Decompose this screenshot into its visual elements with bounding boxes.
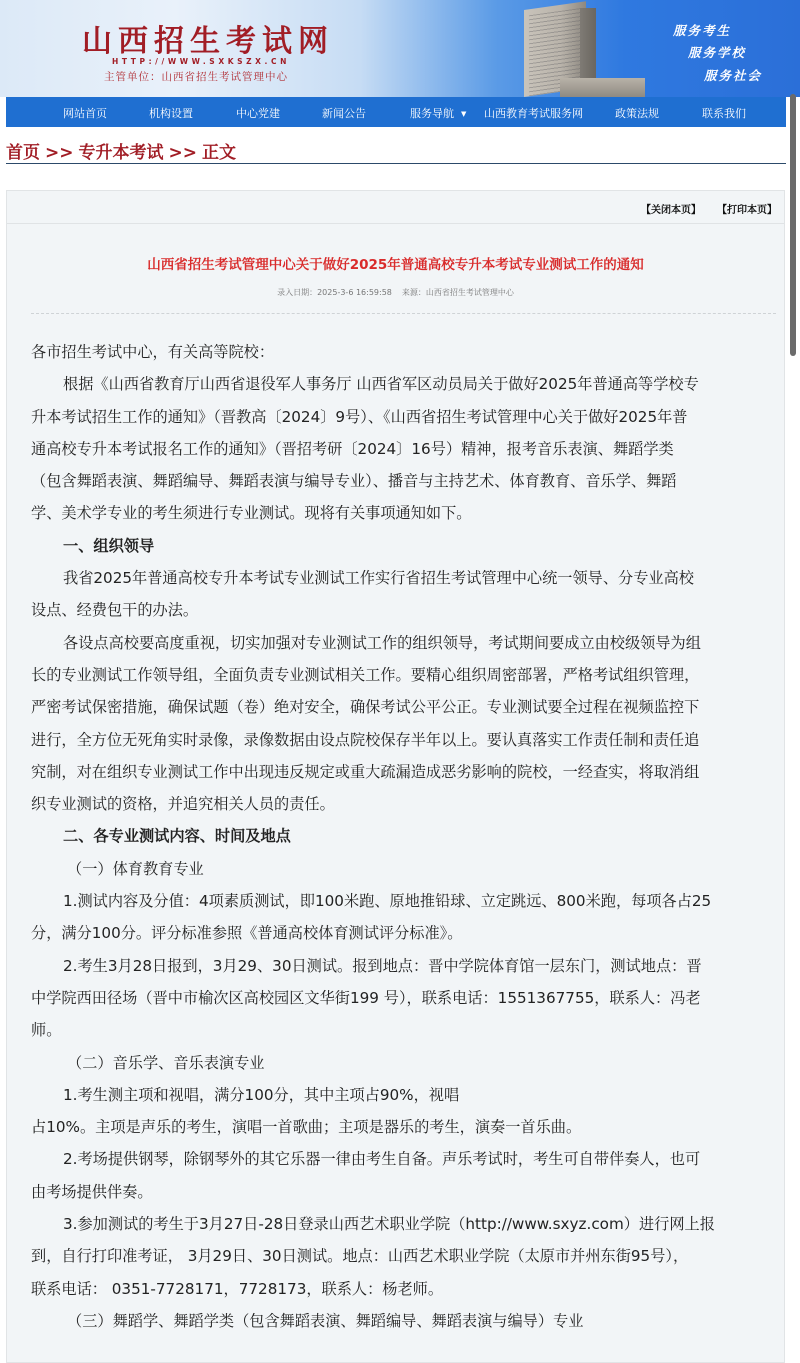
breadcrumb-category[interactable]: 专升本考试 [79, 143, 164, 163]
paragraph-line: 学、美术学专业的考生须进行专业测试。现将有关事项通知如下。 [31, 497, 776, 529]
paragraph-line: 师。 [31, 1014, 776, 1046]
site-banner: 山西招生考试网 HTTP://WWW.SXKSZX.CN 主管单位：山西省招生考… [0, 0, 800, 97]
nav-home[interactable]: 网站首页 [63, 105, 107, 121]
paragraph-line: 我省2025年普通高校专升本考试专业测试工作实行省招生考试管理中心统一领导、分专… [31, 562, 776, 594]
paragraph-line: 联系电话： 0351-7728171，7728173，联系人：杨老师。 [31, 1273, 776, 1305]
paragraph-line: 根据《山西省教育厅山西省退役军人事务厅 山西省军区动员局关于做好2025年普通高… [31, 368, 776, 400]
nav-label: 中心党建 [236, 107, 280, 120]
nav-label: 机构设置 [149, 107, 193, 120]
building-image [520, 6, 645, 97]
breadcrumb-separator: >> [45, 143, 74, 163]
breadcrumb-current: 正文 [202, 143, 236, 163]
scrollbar-thumb[interactable] [790, 94, 796, 356]
paragraph-line: 通高校专升本考试报名工作的通知》（晋招考研〔2024〕16号）精神，报考音乐表演… [31, 433, 776, 465]
breadcrumb: 首页>>专升本考试>>正文 [6, 138, 786, 164]
entry-date: 录入日期：2025-3-6 16:59:58 [277, 288, 392, 297]
site-title[interactable]: 山西招生考试网 [82, 16, 334, 60]
breadcrumb-home[interactable]: 首页 [6, 143, 40, 163]
breadcrumb-separator: >> [169, 143, 198, 163]
paragraph-line: 分，满分100分。评分标准参照《普通高校体育测试评分标准》。 [31, 917, 776, 949]
paragraph-line: 中学院西田径场（晋中市榆次区高校园区文华街199 号），联系电话：1551367… [31, 982, 776, 1014]
subsection-heading: （二）音乐学、音乐表演专业 [31, 1047, 776, 1079]
paragraph-line: （包含舞蹈表演、舞蹈编导、舞蹈表演与编导专业）、播音与主持艺术、体育教育、音乐学… [31, 465, 776, 497]
main-nav: 网站首页 机构设置 中心党建 新闻公告 服务导航▼ 山西教育考试服务网 政策法规… [6, 97, 786, 127]
section-heading: 二、各专业测试内容、时间及地点 [31, 820, 776, 852]
paragraph-line: 织专业测试的资格，并追究相关人员的责任。 [31, 788, 776, 820]
slogan-serve-society: 服务社会 [704, 66, 762, 84]
article-toolbar: 【关闭本页】 【打印本页】 [7, 191, 784, 224]
paragraph-line: 由考场提供伴奏。 [31, 1176, 776, 1208]
paragraph-line: 2.考场提供钢琴，除钢琴外的其它乐器一律由考生自备。声乐考试时，考生可自带伴奏人… [31, 1143, 776, 1175]
paragraph-line: 严密考试保密措施，确保试题（卷）绝对安全，确保考试公平公正。专业测试要全过程在视… [31, 691, 776, 723]
paragraph-line: 1.考生测主项和视唱，满分100分，其中主项占90%，视唱 [31, 1079, 776, 1111]
nav-education-exam-service[interactable]: 山西教育考试服务网 [484, 105, 583, 121]
paragraph-line: 占10%。主项是声乐的考生，演唱一首歌曲；主项是器乐的考生，演奏一首乐曲。 [31, 1111, 776, 1143]
paragraph-line: 到，自行打印准考证， 3月29日、30日测试。地点：山西艺术职业学院（太原市并州… [31, 1240, 776, 1272]
nav-label: 山西教育考试服务网 [484, 107, 583, 120]
salutation: 各市招生考试中心，有关高等院校： [31, 336, 776, 368]
paragraph-line: 升本考试招生工作的通知》（晋教高〔2024〕9号）、《山西省招生考试管理中心关于… [31, 401, 776, 433]
nav-policy[interactable]: 政策法规 [615, 105, 659, 121]
print-page-button[interactable]: 【打印本页】 [717, 201, 777, 216]
article-body: 各市招生考试中心，有关高等院校： 根据《山西省教育厅山西省退役军人事务厅 山西省… [31, 336, 776, 1337]
nav-label: 网站首页 [63, 107, 107, 120]
article-container: 【关闭本页】 【打印本页】 山西省招生考试管理中心关于做好2025年普通高校专升… [6, 190, 785, 1363]
article-meta: 录入日期：2025-3-6 16:59:58来源：山西省招生考试管理中心 [7, 287, 784, 298]
subsection-heading: （三）舞蹈学、舞蹈学类（包含舞蹈表演、舞蹈编导、舞蹈表演与编导）专业 [31, 1305, 776, 1337]
caret-down-icon: ▼ [461, 110, 466, 118]
paragraph-line: 设点、经费包干的办法。 [31, 594, 776, 626]
supervisor-text: 主管单位：山西省招生考试管理中心 [104, 69, 288, 84]
site-url: HTTP://WWW.SXKSZX.CN [112, 57, 290, 66]
nav-label: 服务导航 [410, 107, 454, 120]
close-page-button[interactable]: 【关闭本页】 [641, 201, 701, 216]
article-title: 山西省招生考试管理中心关于做好2025年普通高校专升本考试专业测试工作的通知 [7, 253, 784, 273]
paragraph-line: 进行，全方位无死角实时录像，录像数据由设点院校保存半年以上。要认真落实工作责任制… [31, 724, 776, 756]
nav-contact[interactable]: 联系我们 [702, 105, 746, 121]
meta-divider [31, 313, 776, 314]
nav-service-navigation[interactable]: 服务导航▼ [410, 105, 466, 121]
slogan-serve-students: 服务考生 [673, 21, 731, 39]
nav-label: 联系我们 [702, 107, 746, 120]
section-heading: 一、组织领导 [31, 530, 776, 562]
article-source: 来源：山西省招生考试管理中心 [402, 288, 514, 297]
paragraph-line: 各设点高校要高度重视，切实加强对专业测试工作的组织领导，考试期间要成立由校级领导… [31, 627, 776, 659]
nav-label: 政策法规 [615, 107, 659, 120]
nav-organization[interactable]: 机构设置 [149, 105, 193, 121]
nav-label: 新闻公告 [322, 107, 366, 120]
paragraph-line: 究制，对在组织专业测试工作中出现违反规定或重大疏漏造成恶劣影响的院校，一经查实，… [31, 756, 776, 788]
paragraph-line: 长的专业测试工作领导组，全面负责专业测试相关工作。要精心组织周密部署，严格考试组… [31, 659, 776, 691]
slogan-serve-schools: 服务学校 [688, 43, 746, 61]
nav-party-building[interactable]: 中心党建 [236, 105, 280, 121]
paragraph-line: 1.测试内容及分值：4项素质测试，即100米跑、原地推铅球、立定跳远、800米跑… [31, 885, 776, 917]
subsection-heading: （一）体育教育专业 [31, 853, 776, 885]
paragraph-line: 2.考生3月28日报到，3月29、30日测试。报到地点：晋中学院体育馆一层东门，… [31, 950, 776, 982]
nav-news[interactable]: 新闻公告 [322, 105, 366, 121]
paragraph-line: 3.参加测试的考生于3月27日-28日登录山西艺术职业学院（http://www… [31, 1208, 776, 1240]
